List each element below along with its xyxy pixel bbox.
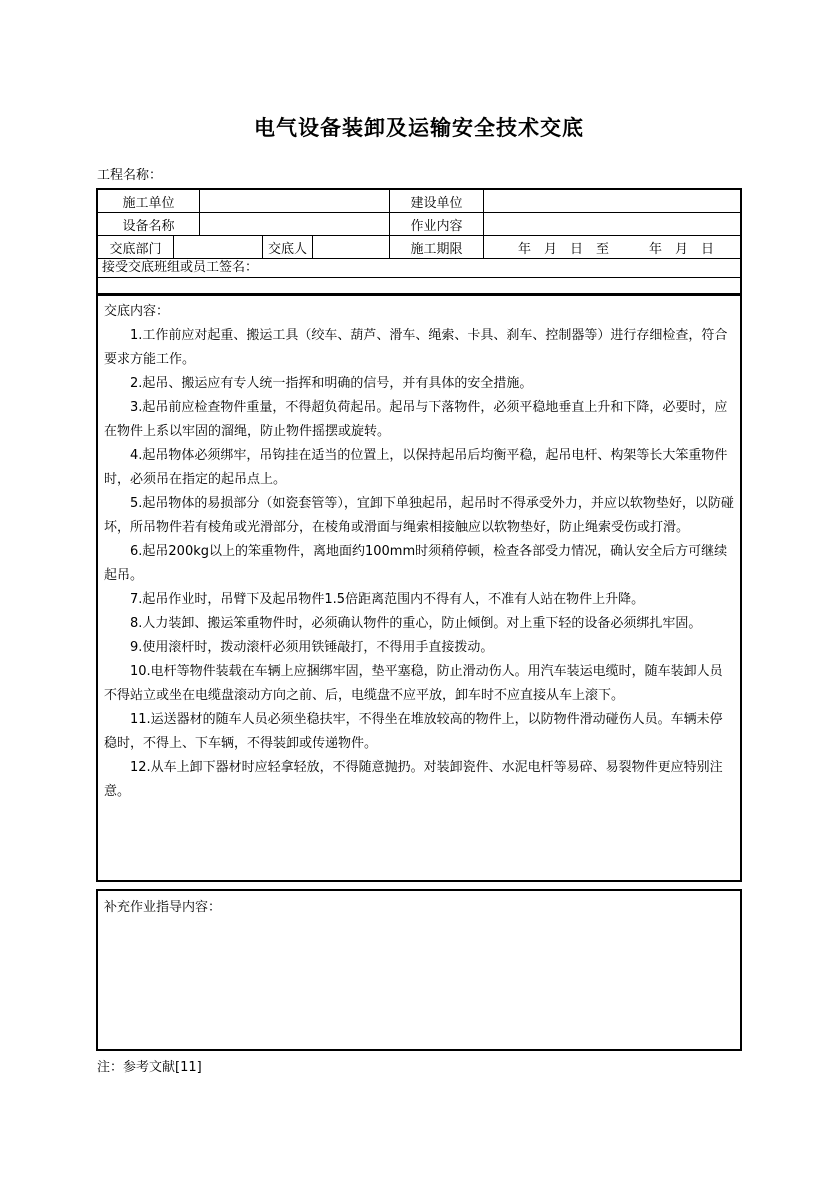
work-content-label: 作业内容 <box>390 213 484 235</box>
disclosing-department-value <box>174 236 263 258</box>
period-to-text: 年 月 日 <box>649 238 714 257</box>
construction-period-label: 施工期限 <box>390 236 484 258</box>
table-row: 施工单位 建设单位 <box>98 190 740 213</box>
construction-unit-label: 施工单位 <box>98 190 200 212</box>
signature-blank-row <box>98 278 740 293</box>
disclosure-item-5: 5.起吊物体的易损部分（如瓷套管等），宜卸下单独起吊，起吊时不得承受外力，并应以… <box>104 492 734 540</box>
table-row: 设备名称 作业内容 <box>98 213 740 236</box>
disclosure-item-10: 10.电杆等物件装载在车辆上应捆绑牢固，垫平塞稳，防止滑动伤人。用汽车装运电缆时… <box>104 660 734 708</box>
disclosure-item-12: 12.从车上卸下器材时应轻拿轻放，不得随意抛扔。对装卸瓷件、水泥电杆等易碎、易裂… <box>104 756 734 804</box>
disclosure-item-11: 11.运送器材的随车人员必须坐稳扶牢，不得坐在堆放较高的物件上，以防物件滑动碰伤… <box>104 708 734 756</box>
table-row: 交底部门 交底人 施工期限 年 月 日 至 年 月 日 <box>98 236 740 259</box>
disclosure-item-2: 2.起吊、搬运应有专人统一指挥和明确的信号，并有具体的安全措施。 <box>104 372 734 396</box>
supplement-box: 补充作业指导内容： <box>96 889 742 1051</box>
equipment-name-label: 设备名称 <box>98 213 200 235</box>
header-info-table: 施工单位 建设单位 设备名称 作业内容 交底部门 交底人 施工期限 年 月 日 … <box>96 188 742 295</box>
period-from-text: 年 月 日 至 <box>518 238 609 257</box>
disclosure-item-7: 7.起吊作业时，吊臂下及起吊物件1.5倍距离范围内不得有人，不准有人站在物件上升… <box>104 588 734 612</box>
disclosure-item-3: 3.起吊前应检查物件重量，不得超负荷起吊。起吊与下落物件，必须平稳地垂直上升和下… <box>104 396 734 444</box>
document-page: 电气设备装卸及运输安全技术交底 工程名称： 施工单位 建设单位 设备名称 作业内… <box>0 0 838 1075</box>
project-name-label: 工程名称： <box>97 164 742 183</box>
disclosure-item-9: 9.使用滚杆时，拨动滚杆必须用铁锤敲打，不得用手直接拨动。 <box>104 636 734 660</box>
disclosure-content-box: 交底内容： 1.工作前应对起重、搬运工具（绞车、葫芦、滑车、绳索、卡具、刹车、控… <box>96 295 742 882</box>
disclosure-item-6: 6.起吊200kg以上的笨重物件，离地面约100mm时须稍停顿，检查各部受力情况… <box>104 540 734 588</box>
construction-unit-value <box>200 190 390 212</box>
disclosure-heading: 交底内容： <box>104 300 734 324</box>
supplement-heading: 补充作业指导内容： <box>104 896 734 915</box>
owner-unit-value <box>484 190 740 212</box>
discloser-value <box>313 236 390 258</box>
signature-row-label: 接受交底班组或员工签名： <box>98 259 740 278</box>
disclosure-item-1: 1.工作前应对起重、搬运工具（绞车、葫芦、滑车、绳索、卡具、刹车、控制器等）进行… <box>104 324 734 372</box>
construction-period-value: 年 月 日 至 年 月 日 <box>484 236 740 258</box>
owner-unit-label: 建设单位 <box>390 190 484 212</box>
work-content-value <box>484 213 740 235</box>
disclosure-item-8: 8.人力装卸、搬运笨重物件时，必须确认物件的重心，防止倾倒。对上重下轻的设备必须… <box>104 612 734 636</box>
disclosure-item-4: 4.起吊物体必须绑牢，吊钩挂在适当的位置上，以保持起吊后均衡平稳，起吊电杆、构架… <box>104 444 734 492</box>
reference-note: 注：参考文献[11] <box>97 1056 742 1075</box>
discloser-label: 交底人 <box>263 236 313 258</box>
disclosing-department-label: 交底部门 <box>98 236 174 258</box>
page-title: 电气设备装卸及运输安全技术交底 <box>96 112 742 142</box>
equipment-name-value <box>200 213 390 235</box>
